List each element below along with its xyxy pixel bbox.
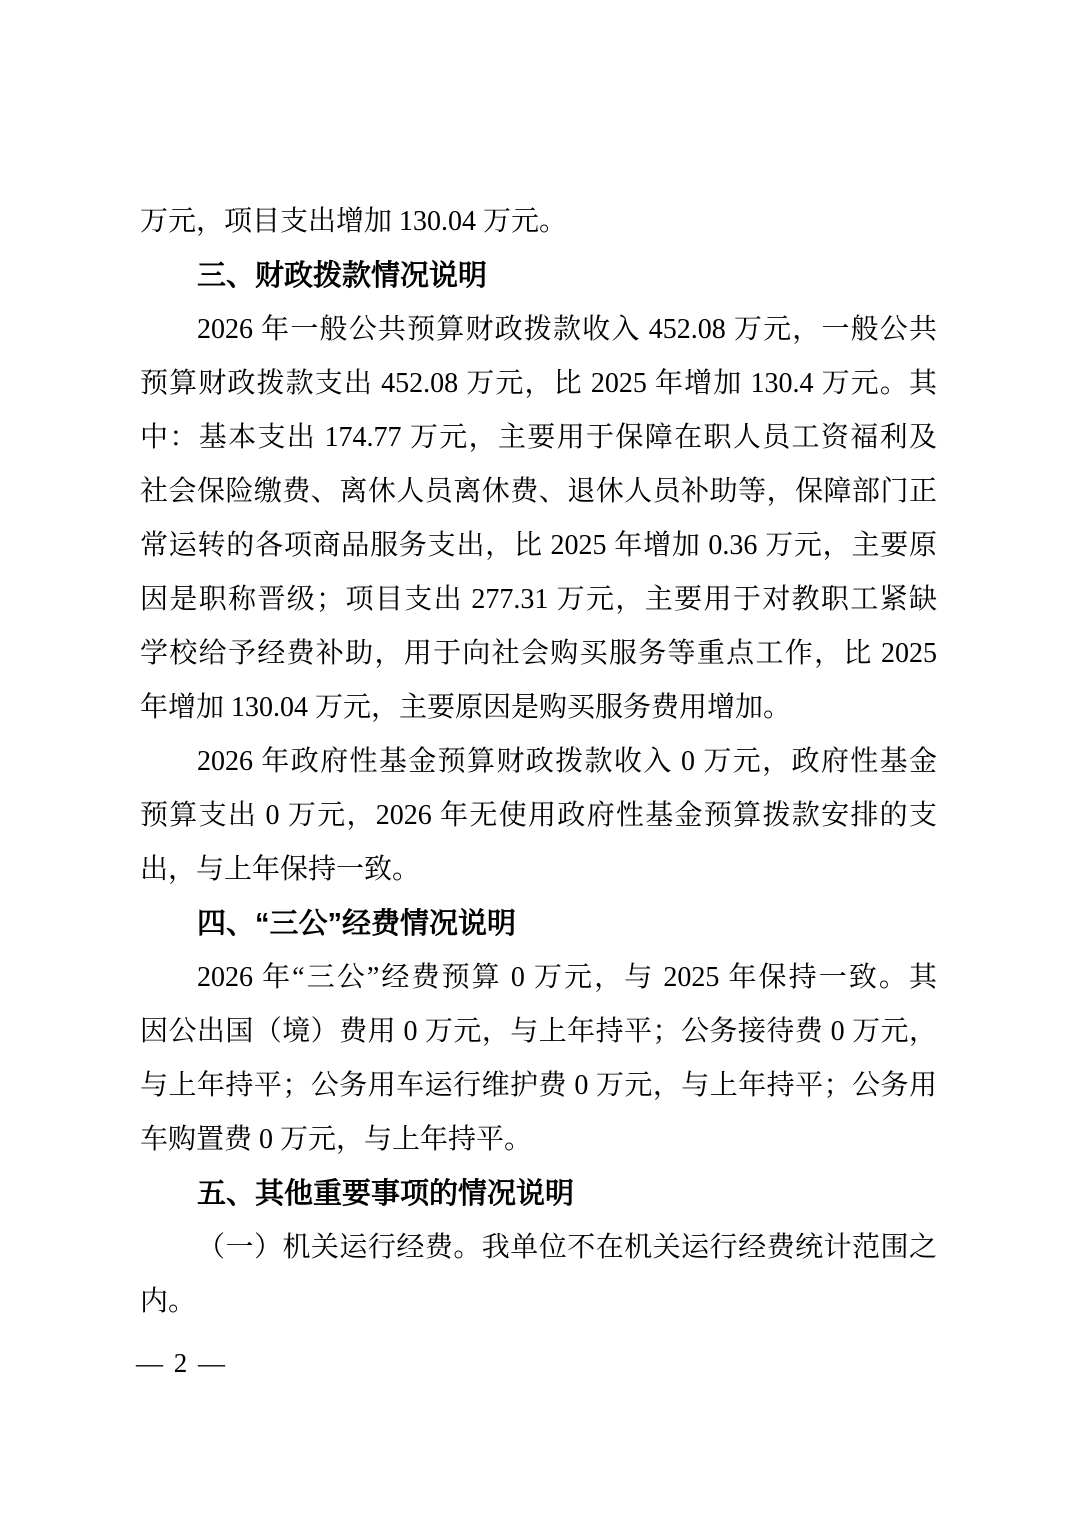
text-line: 2026 年政府性基金预算财政拨款收入 0 万元，政府性基金 [140,735,937,789]
text-line: 预算支出 0 万元，2026 年无使用政府性基金预算拨款安排的支 [140,789,937,843]
text-line: 学校给予经费补助，用于向社会购买服务等重点工作，比 2025 [140,627,937,681]
section-heading-5: 五、其他重要事项的情况说明 [140,1167,937,1221]
document-body: 万元，项目支出增加 130.04 万元。 三、财政拨款情况说明 2026 年一般… [140,195,937,1329]
text-line: 2026 年“三公”经费预算 0 万元，与 2025 年保持一致。其中： [140,951,937,1005]
page-number: — 2 — [136,1347,227,1379]
text-line: 2026 年一般公共预算财政拨款收入 452.08 万元，一般公共 [140,303,937,357]
document-page: 万元，项目支出增加 130.04 万元。 三、财政拨款情况说明 2026 年一般… [0,0,1074,1520]
section-heading-3: 三、财政拨款情况说明 [140,249,937,303]
text-line: 出，与上年保持一致。 [140,843,937,897]
text-line: 万元，项目支出增加 130.04 万元。 [140,195,937,249]
text-line: 车购置费 0 万元，与上年持平。 [140,1113,937,1167]
text-line: （一）机关运行经费。我单位不在机关运行经费统计范围之 [140,1221,937,1275]
text-line: 常运转的各项商品服务支出，比 2025 年增加 0.36 万元，主要原 [140,519,937,573]
text-line: 因公出国（境）费用 0 万元，与上年持平；公务接待费 0 万元， [140,1005,937,1059]
text-line: 社会保险缴费、离休人员离休费、退休人员补助等，保障部门正 [140,465,937,519]
text-line: 中：基本支出 174.77 万元，主要用于保障在职人员工资福利及 [140,411,937,465]
text-line: 预算财政拨款支出 452.08 万元，比 2025 年增加 130.4 万元。其 [140,357,937,411]
text-line: 内。 [140,1275,937,1329]
text-line: 因是职称晋级；项目支出 277.31 万元，主要用于对教职工紧缺 [140,573,937,627]
section-heading-4: 四、“三公”经费情况说明 [140,897,937,951]
text-line: 年增加 130.04 万元，主要原因是购买服务费用增加。 [140,681,937,735]
text-line: 与上年持平；公务用车运行维护费 0 万元，与上年持平；公务用 [140,1059,937,1113]
